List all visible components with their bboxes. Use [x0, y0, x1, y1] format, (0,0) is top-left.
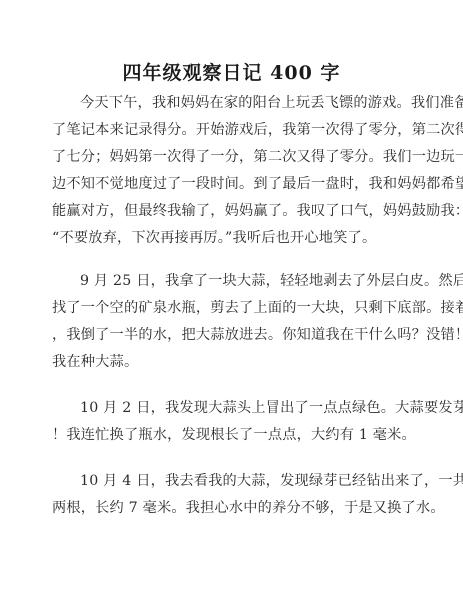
text-line: 10 月 4 日，我去看我的大蒜，发现绿芽已经钻出来了，一共有 [52, 468, 432, 495]
paragraph-4: 10 月 4 日，我去看我的大蒜，发现绿芽已经钻出来了，一共有 两根，长约 7 … [52, 468, 432, 522]
text-line: 今天下午，我和妈妈在家的阳台上玩丢飞镖的游戏。我们准备 [52, 90, 432, 117]
text-line: 了七分；妈妈第一次得了一分，第二次又得了零分。我们一边玩一 [52, 144, 432, 171]
text-line: 两根，长约 7 毫米。我担心水中的养分不够，于是又换了水。 [52, 495, 432, 522]
text-line: 边不知不觉地度过了一段时间。到了最后一盘时，我和妈妈都希望 [52, 171, 432, 198]
text-line: ，我倒了一半的水，把大蒜放进去。你知道我在干什么吗？没错！ [52, 322, 432, 349]
paragraph-3: 10 月 2 日，我发现大蒜头上冒出了一点点绿色。大蒜要发芽了 ！我连忙换了瓶水… [52, 395, 432, 449]
paragraph-1: 今天下午，我和妈妈在家的阳台上玩丢飞镖的游戏。我们准备 了笔记本来记录得分。开始… [52, 90, 432, 252]
text-line: “不要放弃，下次再接再厉。”我听后也开心地笑了。 [52, 225, 432, 252]
text-line: 了笔记本来记录得分。开始游戏后，我第一次得了零分，第二次得 [52, 117, 432, 144]
text-line: 我在种大蒜。 [52, 349, 432, 376]
text-line: 能赢对方，但最终我输了，妈妈赢了。我叹了口气，妈妈鼓励我： [52, 198, 432, 225]
text-line: 9 月 25 日，我拿了一块大蒜，轻轻地剥去了外层白皮。然后我 [52, 268, 432, 295]
text-line: 10 月 2 日，我发现大蒜头上冒出了一点点绿色。大蒜要发芽了 [52, 395, 432, 422]
text-line: 找了一个空的矿泉水瓶，剪去了上面的一大块，只剩下底部。接着 [52, 295, 432, 322]
text-line: ！我连忙换了瓶水，发现根长了一点点，大约有 1 毫米。 [52, 422, 432, 449]
paragraph-2: 9 月 25 日，我拿了一块大蒜，轻轻地剥去了外层白皮。然后我 找了一个空的矿泉… [52, 268, 432, 376]
document-title: 四年级观察日记 400 字 [0, 58, 463, 85]
